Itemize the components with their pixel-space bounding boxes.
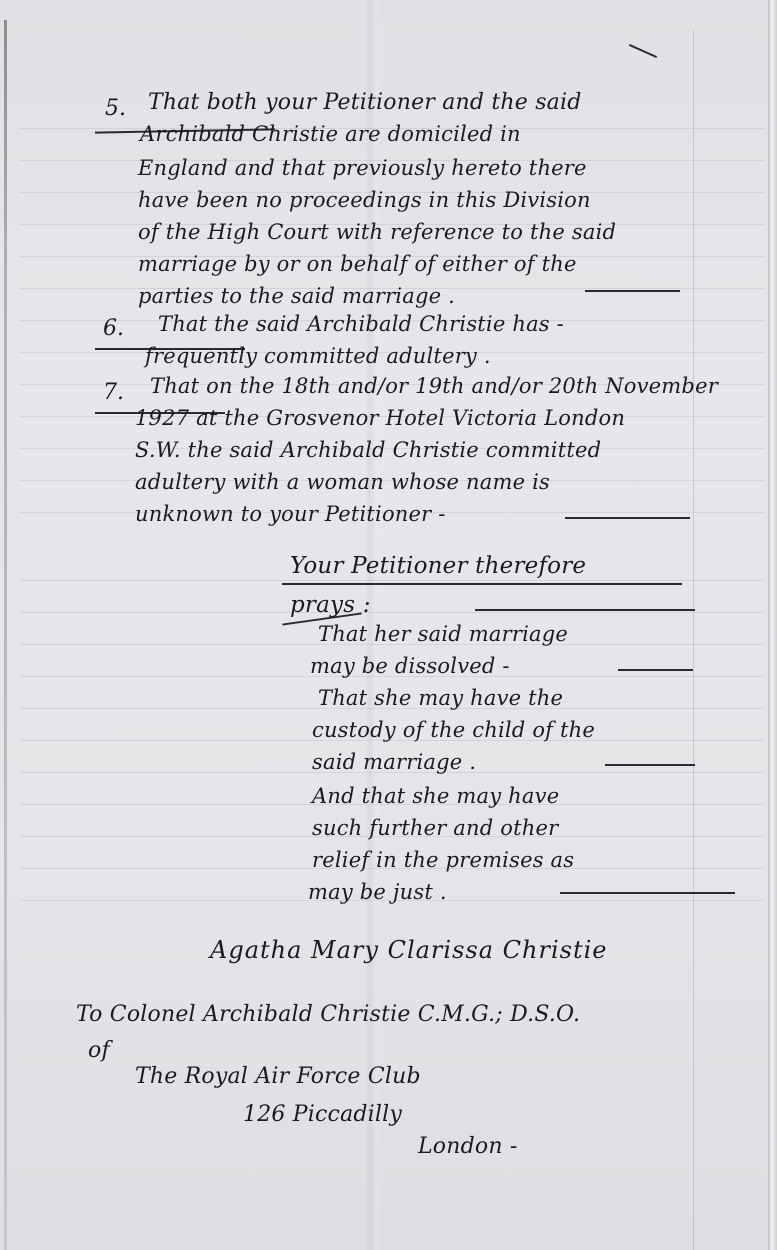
paragraph-5-line-3: England and that previously hereto there — [138, 158, 587, 179]
paragraph-number: 7. — [103, 380, 124, 405]
addressee-prefix: of — [88, 1040, 110, 1062]
prayer-line-7: such further and other — [312, 818, 558, 839]
line-filler-dash — [560, 892, 735, 894]
line-filler-dash — [618, 669, 693, 671]
ink-mark — [629, 44, 657, 58]
prayer-line-4: custody of the child of the — [312, 720, 595, 741]
ruled-line — [20, 612, 765, 613]
prayer-line-5: said marriage . — [312, 752, 476, 773]
paragraph-number: 5. — [105, 96, 126, 121]
line-filler-dash — [605, 764, 695, 766]
addressee-line-3: 126 Piccadilly — [243, 1104, 402, 1126]
paragraph-5-line-2: Archibald Christie are domiciled in — [140, 124, 521, 145]
margin-rule — [693, 30, 694, 1250]
paragraph-5-line-6: marriage by or on behalf of either of th… — [138, 254, 577, 275]
document-page: 5. That both your Petitioner and the sai… — [0, 0, 777, 1250]
ruled-line — [20, 580, 765, 581]
line-filler-dash — [585, 290, 680, 292]
paragraph-6-line-1: That the said Archibald Christie has - — [158, 314, 564, 335]
petitioner-signature: Agatha Mary Clarissa Christie — [210, 938, 607, 962]
prayer-line-3: That she may have the — [318, 688, 563, 709]
paragraph-5-line-4: have been no proceedings in this Divisio… — [138, 190, 591, 211]
addressee-line-1: To Colonel Archibald Christie C.M.G.; D.… — [76, 1004, 580, 1026]
line-filler-dash — [475, 609, 695, 611]
line-filler-dash — [565, 517, 690, 519]
paragraph-7-line-4: adultery with a woman whose name is — [135, 472, 550, 493]
prayer-line-2: may be dissolved - — [310, 656, 510, 677]
paragraph-5-line-1: That both your Petitioner and the said — [148, 92, 582, 114]
paragraph-7-line-5: unknown to your Petitioner - — [135, 504, 446, 525]
prayer-line-9: may be just . — [308, 882, 447, 903]
prayer-heading-underline — [282, 583, 682, 585]
addressee-line-4: London - — [418, 1136, 518, 1158]
paragraph-5-line-7: parties to the said marriage . — [138, 286, 455, 307]
paragraph-7-line-3: S.W. the said Archibald Christie committ… — [135, 440, 601, 461]
paragraph-5-line-5: of the High Court with reference to the … — [138, 222, 616, 243]
addressee-line-2: The Royal Air Force Club — [135, 1066, 421, 1088]
page-left-edge — [4, 20, 7, 1250]
paragraph-number: 6. — [103, 316, 124, 341]
paragraph-7-line-1: That on the 18th and/or 19th and/or 20th… — [150, 376, 718, 397]
page-right-edge — [768, 0, 777, 1250]
paragraph-7-line-2: 1927 at the Grosvenor Hotel Victoria Lon… — [135, 408, 625, 429]
prayer-heading-line-1: Your Petitioner therefore — [290, 555, 586, 578]
paragraph-6-line-2: frequently committed adultery . — [145, 346, 491, 367]
prayer-line-6: And that she may have — [312, 786, 559, 807]
prayer-line-8: relief in the premises as — [312, 850, 574, 871]
prayer-line-1: That her said marriage — [318, 624, 568, 645]
